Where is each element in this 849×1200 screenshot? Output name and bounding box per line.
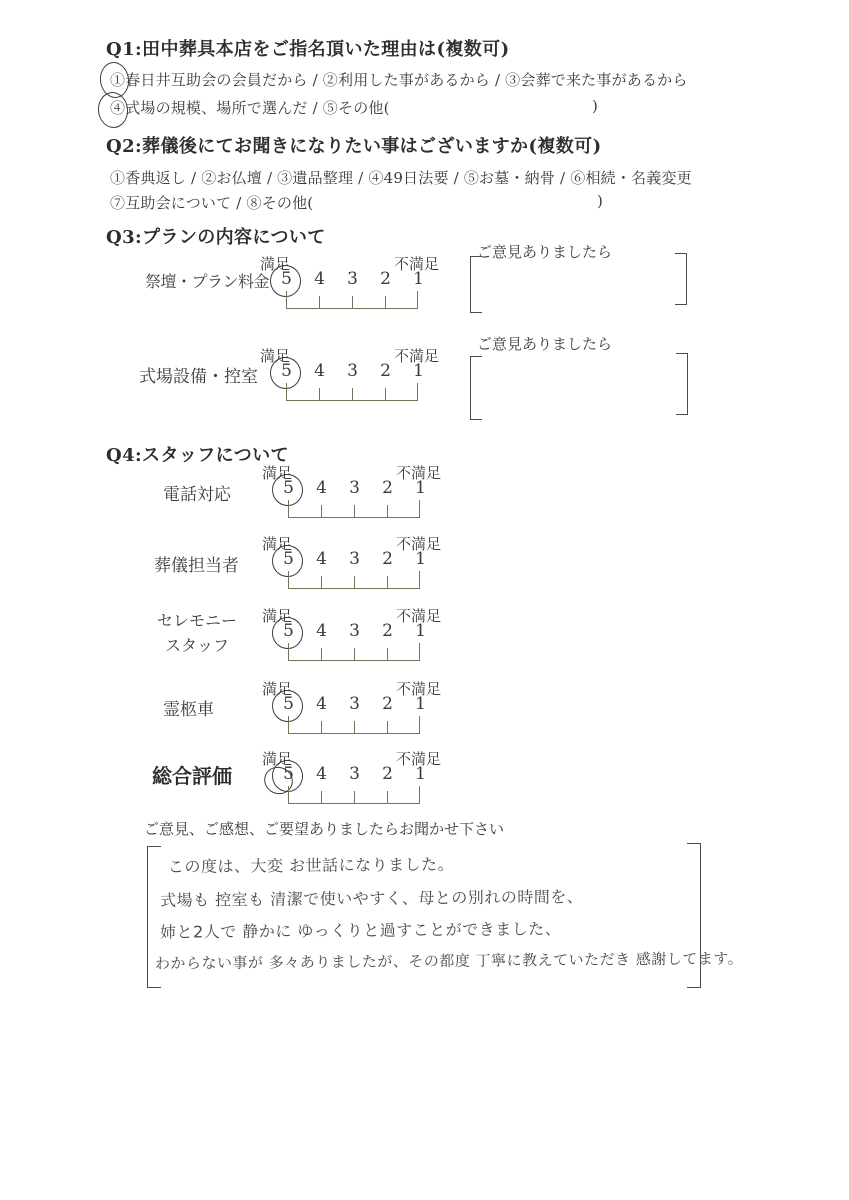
q4-row3-label-line2: スタッフ xyxy=(165,636,229,655)
rating-scale-funeral-staff: 満足 不満足 5 4 3 2 1 xyxy=(272,533,437,589)
scale-ruler xyxy=(286,291,418,309)
scale-tick xyxy=(387,791,388,803)
scale-tick xyxy=(288,500,289,517)
q3-row2-comment-label: ご意見ありましたら xyxy=(477,333,612,354)
scale-tick xyxy=(352,388,353,400)
rating-scale-phone: 満足 不満足 5 4 3 2 1 xyxy=(272,462,437,518)
scale-ruler xyxy=(288,500,420,518)
scale-value-4: 4 xyxy=(305,549,338,569)
q1-options-line1: ①春日井互助会の会員だから / ②利用した事があるから / ③会葬で来た事がある… xyxy=(110,69,688,90)
scale-tick xyxy=(319,296,320,308)
free-comment-prompt: ご意見、ご感想、ご要望ありましたらお聞かせ下さい xyxy=(144,818,504,839)
scale-tick xyxy=(419,786,420,803)
scale-tick xyxy=(352,296,353,308)
scale-tick xyxy=(321,791,322,803)
scale-tick xyxy=(354,576,355,588)
scale-value-2: 2 xyxy=(371,478,404,498)
scale-value-1: 1 xyxy=(402,269,435,289)
handwritten-comment-line3: 姉と2人で 静かに ゆっくりと過すことができました、 xyxy=(160,916,561,943)
q2-options-line1: ①香典返し / ②お仏壇 / ③遺品整理 / ④49日法要 / ⑤お墓・納骨 /… xyxy=(110,167,692,188)
scale-value-4: 4 xyxy=(303,361,336,381)
scale-value-2: 2 xyxy=(371,621,404,641)
q1-heading: Q1:田中葬具本店をご指名頂いた理由は(複数可) xyxy=(106,35,509,61)
scale-value-2: 2 xyxy=(371,764,404,784)
q3-heading: Q3:プランの内容について xyxy=(106,223,326,249)
q2-options-line2: ⑦互助会について / ⑧その他( xyxy=(110,192,313,213)
q4-row3-label: セレモニー スタッフ xyxy=(133,608,261,658)
q3-row1-comment-label: ご意見ありましたら xyxy=(477,241,612,262)
rating-scale-ceremony-staff: 満足 不満足 5 4 3 2 1 xyxy=(272,605,437,661)
scale-tick xyxy=(321,648,322,660)
q4-row1-label: 電話対応 xyxy=(163,480,231,505)
scale-value-1: 1 xyxy=(404,621,437,641)
scale-tick xyxy=(321,505,322,517)
scale-ruler xyxy=(288,643,420,661)
scale-value-1: 1 xyxy=(402,361,435,381)
scale-value-1: 1 xyxy=(404,694,437,714)
scale-value-2: 2 xyxy=(371,694,404,714)
scale-value-4: 4 xyxy=(305,478,338,498)
scale-value-3: 3 xyxy=(338,694,371,714)
scale-value-2: 2 xyxy=(369,269,402,289)
scale-value-2: 2 xyxy=(371,549,404,569)
handwritten-comment-line1: この度は、大変 お世話になりました。 xyxy=(168,852,454,877)
q3-row1-label: 祭壇・プラン料金 xyxy=(145,269,269,292)
scale-tick xyxy=(387,721,388,733)
scale-tick xyxy=(419,716,420,733)
scale-tick xyxy=(419,571,420,588)
rating-scale-plan-fee: 満足 不満足 5 4 3 2 1 xyxy=(270,253,435,309)
q2-close-paren: ) xyxy=(597,192,603,210)
scale-ruler xyxy=(288,716,420,734)
scale-tick xyxy=(286,291,287,308)
scale-tick xyxy=(286,383,287,400)
scale-tick xyxy=(288,716,289,733)
q4-row3-label-line1: セレモニー xyxy=(157,611,237,630)
scale-tick xyxy=(417,291,418,308)
q4-row4-label: 霊柩車 xyxy=(163,695,214,720)
scale-value-4: 4 xyxy=(303,269,336,289)
survey-form-page: Q1:田中葬具本店をご指名頂いた理由は(複数可) ①春日井互助会の会員だから /… xyxy=(0,0,849,1200)
q3-row1-comment-bracket-right xyxy=(675,253,687,305)
rating-scale-hearse: 満足 不満足 5 4 3 2 1 xyxy=(272,678,437,734)
scale-value-2: 2 xyxy=(369,361,402,381)
q3-row2-label: 式場設備・控室 xyxy=(139,362,258,387)
q3-row2-comment-bracket-right xyxy=(676,353,688,415)
handwritten-comment-line2: 式場も 控室も 清潔で使いやすく、母との別れの時間を、 xyxy=(160,884,584,911)
scale-tick xyxy=(417,383,418,400)
scale-tick xyxy=(387,505,388,517)
scale-value-1: 1 xyxy=(404,549,437,569)
q3-row2-comment-bracket-left xyxy=(470,356,482,420)
scale-value-3: 3 xyxy=(338,764,371,784)
scale-value-3: 3 xyxy=(338,549,371,569)
scale-tick xyxy=(387,576,388,588)
scale-value-1: 1 xyxy=(404,478,437,498)
scale-value-4: 4 xyxy=(305,694,338,714)
q4-row5-label: 総合評価 xyxy=(152,760,232,789)
scale-tick xyxy=(385,388,386,400)
handwritten-comment-line4: わからない事が 多々ありましたが、その都度 丁寧に教えていただき 感謝してます。 xyxy=(155,947,743,973)
scale-tick xyxy=(321,721,322,733)
scale-value-4: 4 xyxy=(305,764,338,784)
q1-close-paren: ) xyxy=(592,97,598,115)
scale-ruler xyxy=(288,571,420,589)
scale-ruler xyxy=(286,383,418,401)
scale-tick xyxy=(354,791,355,803)
scale-tick xyxy=(385,296,386,308)
scale-tick xyxy=(319,388,320,400)
rating-scale-overall: 満足 不満足 5 4 3 2 1 xyxy=(272,748,437,804)
scale-tick xyxy=(288,571,289,588)
scale-tick xyxy=(354,648,355,660)
scale-value-1: 1 xyxy=(404,764,437,784)
scale-value-3: 3 xyxy=(338,478,371,498)
scale-value-3: 3 xyxy=(336,269,369,289)
rating-scale-facility: 満足 不満足 5 4 3 2 1 xyxy=(270,345,435,401)
scale-tick xyxy=(321,576,322,588)
scale-tick xyxy=(354,721,355,733)
q4-row2-label: 葬儀担当者 xyxy=(154,551,239,576)
scale-tick xyxy=(419,643,420,660)
scale-tick xyxy=(288,643,289,660)
scale-value-4: 4 xyxy=(305,621,338,641)
scale-value-3: 3 xyxy=(338,621,371,641)
scale-tick xyxy=(354,505,355,517)
q2-heading: Q2:葬儀後にてお聞きになりたい事はございますか(複数可) xyxy=(106,132,601,158)
q3-row1-comment-bracket-left xyxy=(470,256,482,313)
scale-tick xyxy=(288,786,289,803)
scale-tick xyxy=(419,500,420,517)
scale-value-3: 3 xyxy=(336,361,369,381)
q1-options-line2: ④式場の規模、場所で選んだ / ⑤その他( xyxy=(110,97,390,118)
scale-ruler xyxy=(288,786,420,804)
scale-tick xyxy=(387,648,388,660)
